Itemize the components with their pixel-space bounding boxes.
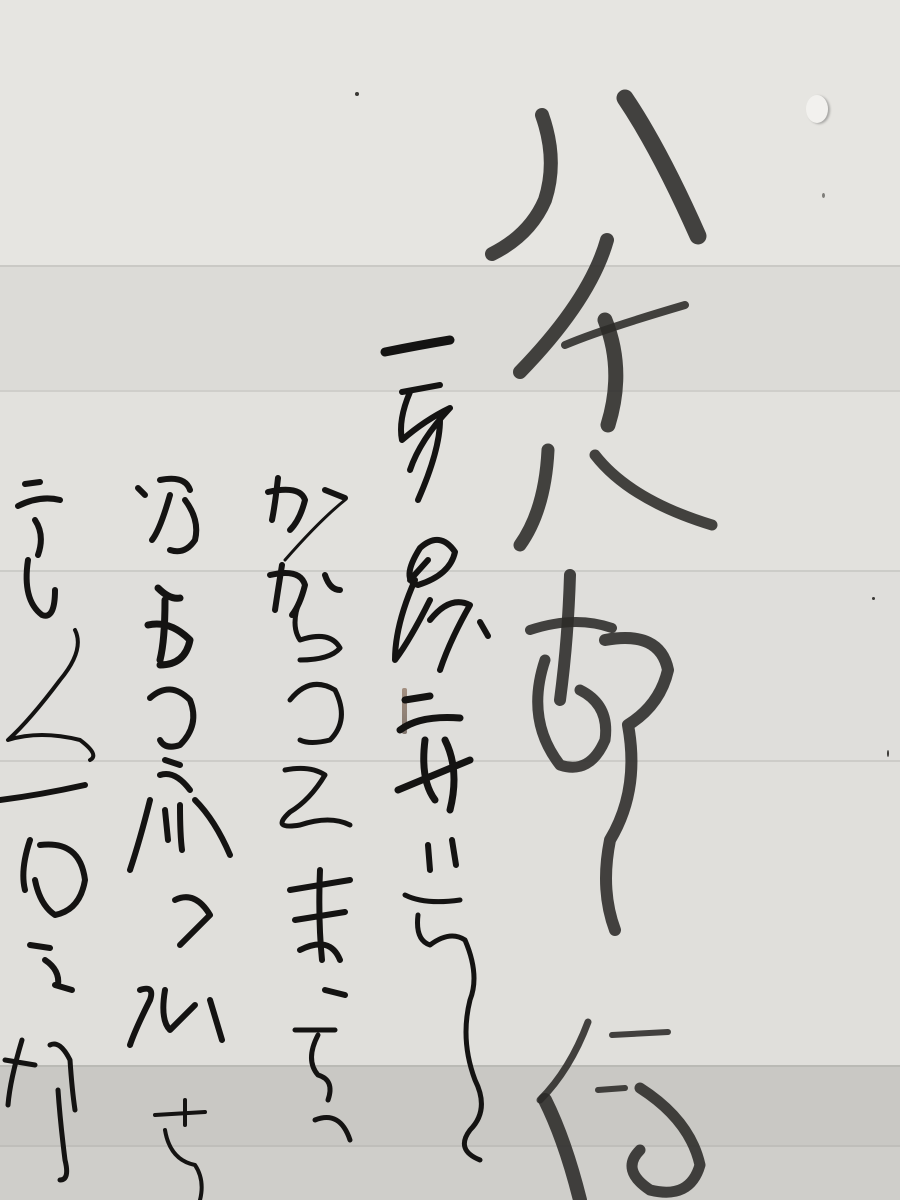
calligraphy-paper: 八尺都行 一夢の秘密は志なり 加賀の千代書す 留守の扇子揮せ 多く一句を得る <box>0 0 900 1200</box>
calligraphy-ink <box>0 0 900 1200</box>
title-column <box>492 98 712 1200</box>
text-column-2 <box>268 478 350 1140</box>
text-column-1 <box>385 340 488 1160</box>
text-column-3 <box>130 479 230 1200</box>
text-column-4 <box>0 482 93 1180</box>
